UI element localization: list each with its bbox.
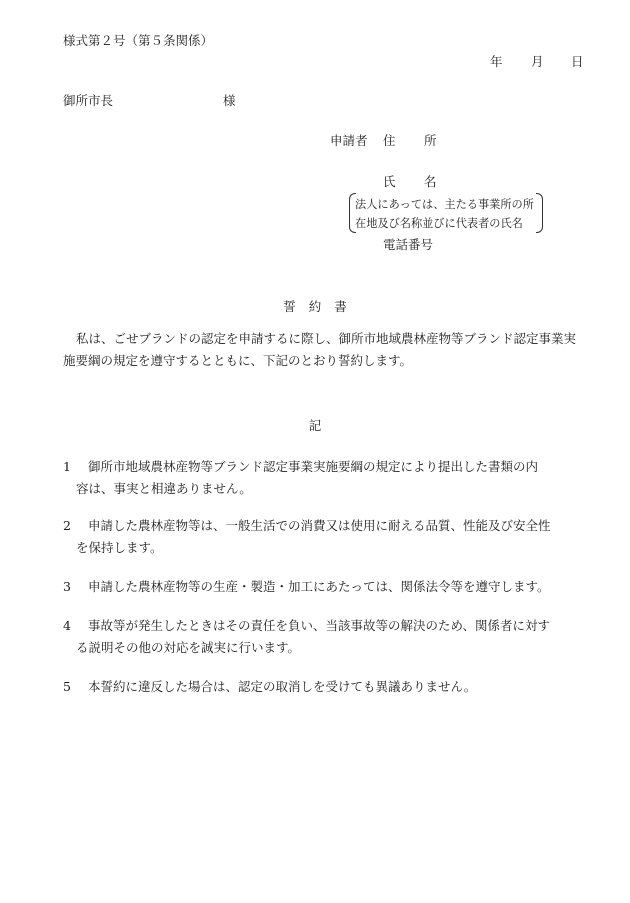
pledge-item: 4 事故等が発生したときはその責任を負い、当該事故等の解決のため、関係者に対す … <box>63 615 588 659</box>
pledge-item: 3 申請した農林産物等の生産・製造・加工にあたっては、関係法令等を遵守します。 <box>63 576 588 598</box>
name-label-1: 氏 <box>383 176 396 189</box>
document-title: 誓約書 <box>0 301 630 314</box>
date-year-label: 年 <box>490 56 503 69</box>
address-label-2: 所 <box>424 135 437 148</box>
item-line-2: 容は、事実と相違ありません。 <box>63 478 588 500</box>
pledge-item: 1 御所市地域農林産物等ブランド認定事業実施要綱の規定により提出した書類の内 容… <box>63 456 588 500</box>
ki-heading: 記 <box>0 420 630 433</box>
item-number: 4 <box>63 615 71 637</box>
item-line-1: 事故等が発生したときはその責任を負い、当該事故等の解決のため、関係者に対す <box>63 615 588 637</box>
item-number: 5 <box>63 676 71 698</box>
item-line-1: 申請した農林産物等の生産・製造・加工にあたっては、関係法令等を遵守します。 <box>63 576 588 598</box>
item-number: 1 <box>63 456 71 478</box>
note-line-1: 法人にあっては、主たる事業所の所 <box>355 196 534 212</box>
pledge-body-text: 私は、ごせブランドの認定を申請するに際し、御所市地域農林産物等ブランド認定事業実… <box>63 328 583 372</box>
date-day-label: 日 <box>571 56 584 69</box>
note-line-2: 在地及び名称並びに代表者の氏名 <box>355 215 523 231</box>
pledge-item: 2 申請した農林産物等は、一般生活での消費又は使用に耐える品質、性能及び安全性 … <box>63 515 588 559</box>
form-number: 様式第２号（第５条関係） <box>63 35 213 48</box>
right-bracket <box>536 193 543 233</box>
item-line-1: 御所市地域農林産物等ブランド認定事業実施要綱の規定により提出した書類の内 <box>63 456 588 478</box>
date-month-label: 月 <box>531 56 544 69</box>
item-number: 3 <box>63 576 71 598</box>
applicant-label: 申請者 <box>330 135 368 148</box>
item-number: 2 <box>63 515 71 537</box>
name-label-2: 名 <box>424 176 437 189</box>
item-line-2: を保持します。 <box>63 537 588 559</box>
phone-label: 電話番号 <box>383 239 433 252</box>
item-line-2: る説明その他の対応を誠実に行います。 <box>63 637 588 659</box>
item-line-1: 申請した農林産物等は、一般生活での消費又は使用に耐える品質、性能及び安全性 <box>63 515 588 537</box>
item-line-1: 本誓約に違反した場合は、認定の取消しを受けても異議ありません。 <box>63 676 588 698</box>
address-label-1: 住 <box>383 135 396 148</box>
pledge-body: 私は、ごせブランドの認定を申請するに際し、御所市地域農林産物等ブランド認定事業実… <box>63 328 583 372</box>
pledge-item: 5 本誓約に違反した場合は、認定の取消しを受けても異議ありません。 <box>63 676 588 698</box>
addressee-name: 御所市長 <box>63 95 113 108</box>
corporate-note: 法人にあっては、主たる事業所の所 在地及び名称並びに代表者の氏名 <box>349 193 543 233</box>
addressee-honorific: 様 <box>223 95 236 108</box>
